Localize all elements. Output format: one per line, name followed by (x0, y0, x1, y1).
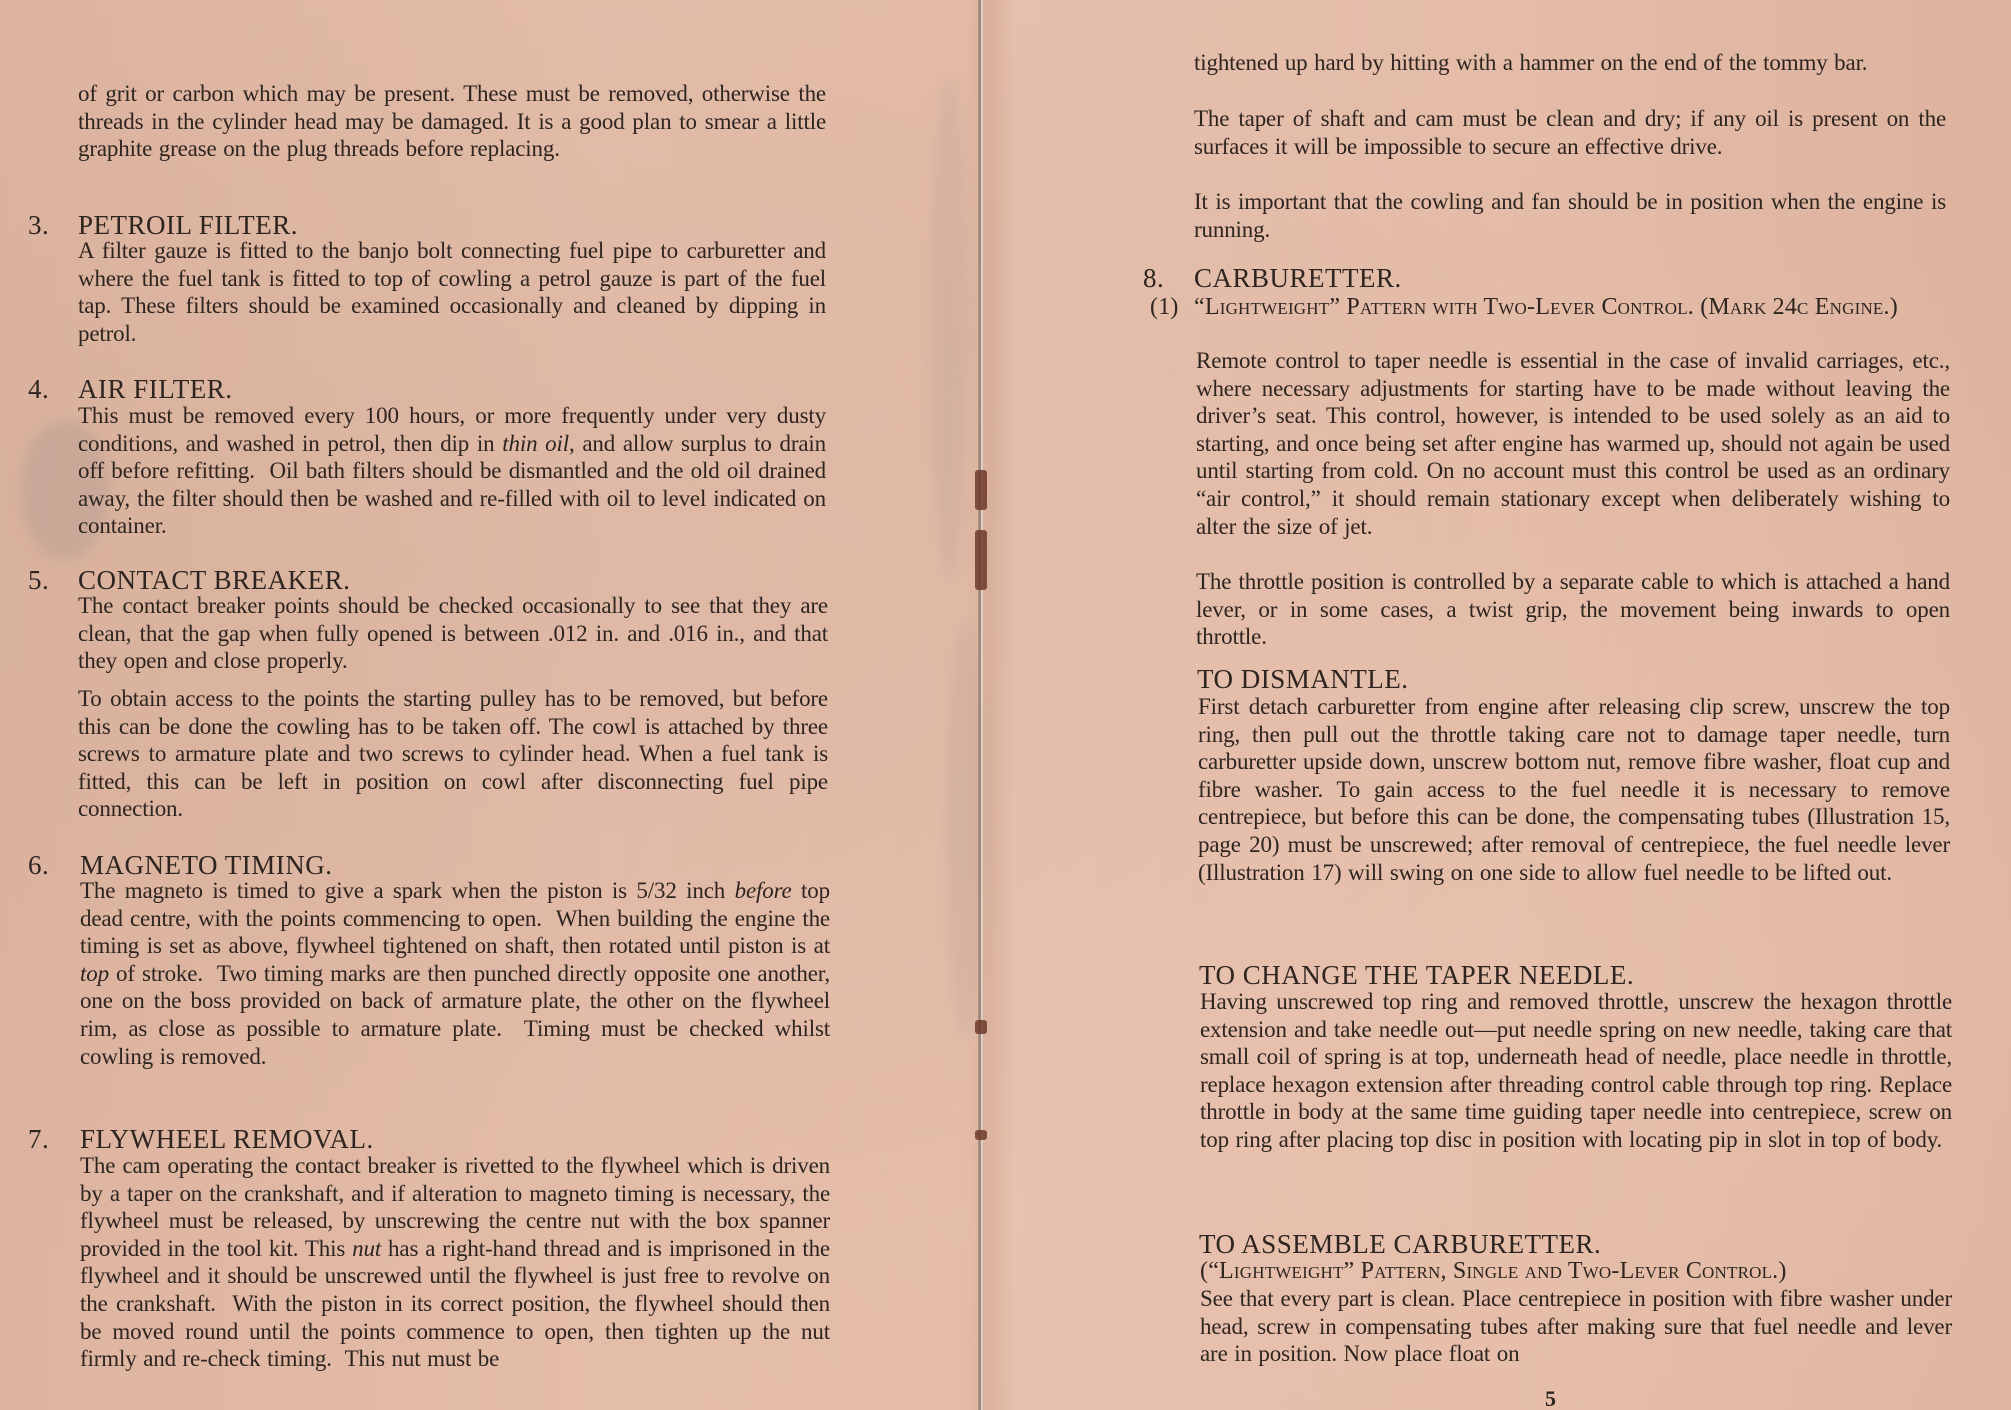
assemble-subtitle: (“Lightweight” Pattern, Single and Two-L… (1200, 1257, 1960, 1285)
section-title: CARBURETTER. (1194, 263, 1402, 293)
section-paragraph: The contact breaker points should be che… (78, 592, 828, 675)
section-number: 6. (28, 850, 49, 880)
section-paragraph: To obtain access to the points the start… (78, 685, 828, 823)
section-paragraph: This must be removed every 100 hours, or… (78, 402, 826, 540)
staple (975, 470, 987, 510)
section-paragraph: The magneto is timed to give a spark whe… (80, 877, 830, 1070)
section-number: 3. (28, 210, 49, 240)
section-paragraph: A filter gauze is fitted to the banjo bo… (78, 237, 826, 347)
section-number: 5. (28, 565, 49, 595)
section-number: 8. (1143, 263, 1164, 293)
staple (975, 1130, 987, 1140)
section-title: CONTACT BREAKER. (78, 565, 350, 595)
subsection-title: “Lightweight” Pattern with Two-Lever Con… (1194, 293, 1954, 321)
page-number: 5 (1545, 1386, 1556, 1410)
section-title: FLYWHEEL REMOVAL. (80, 1124, 374, 1154)
left-page: of grit or carbon which may be present. … (0, 0, 960, 1410)
section-title: PETROIL FILTER. (78, 210, 298, 240)
staple (975, 530, 987, 590)
continuation-paragraph: The taper of shaft and cam must be clean… (1194, 105, 1946, 160)
right-page: tightened up hard by hitting with a hamm… (1000, 0, 2011, 1410)
emphasis: before (735, 878, 792, 903)
taper-needle-paragraph: Having unscrewed top ring and removed th… (1200, 988, 1952, 1154)
dismantle-paragraph: First detach carburetter from engine aft… (1198, 693, 1950, 886)
emphasis: top (80, 961, 109, 986)
section-paragraph: The cam operating the contact breaker is… (80, 1152, 830, 1373)
spine-fold (978, 0, 984, 1410)
section-title: MAGNETO TIMING. (80, 850, 333, 880)
continuation-paragraph: It is important that the cowling and fan… (1194, 188, 1946, 243)
section-number: 4. (28, 374, 49, 404)
section-title: AIR FILTER. (78, 374, 233, 404)
assemble-paragraph: See that every part is clean. Place cent… (1200, 1285, 1952, 1368)
staple (975, 1020, 987, 1034)
section-paragraph: Remote control to taper needle is essent… (1196, 347, 1950, 540)
section-number: 7. (28, 1124, 49, 1154)
emphasis: thin oil (502, 431, 569, 456)
continuation-paragraph: of grit or carbon which may be present. … (78, 80, 826, 163)
section-paragraph: The throttle position is controlled by a… (1196, 568, 1950, 651)
assemble-heading: TO ASSEMBLE CARBURETTER. (1199, 1229, 1601, 1259)
taper-needle-heading: TO CHANGE THE TAPER NEEDLE. (1199, 960, 1634, 990)
dismantle-heading: TO DISMANTLE. (1197, 664, 1409, 694)
subsection-number: (1) (1150, 293, 1190, 321)
emphasis: nut (352, 1236, 381, 1261)
continuation-paragraph: tightened up hard by hitting with a hamm… (1194, 49, 1946, 77)
